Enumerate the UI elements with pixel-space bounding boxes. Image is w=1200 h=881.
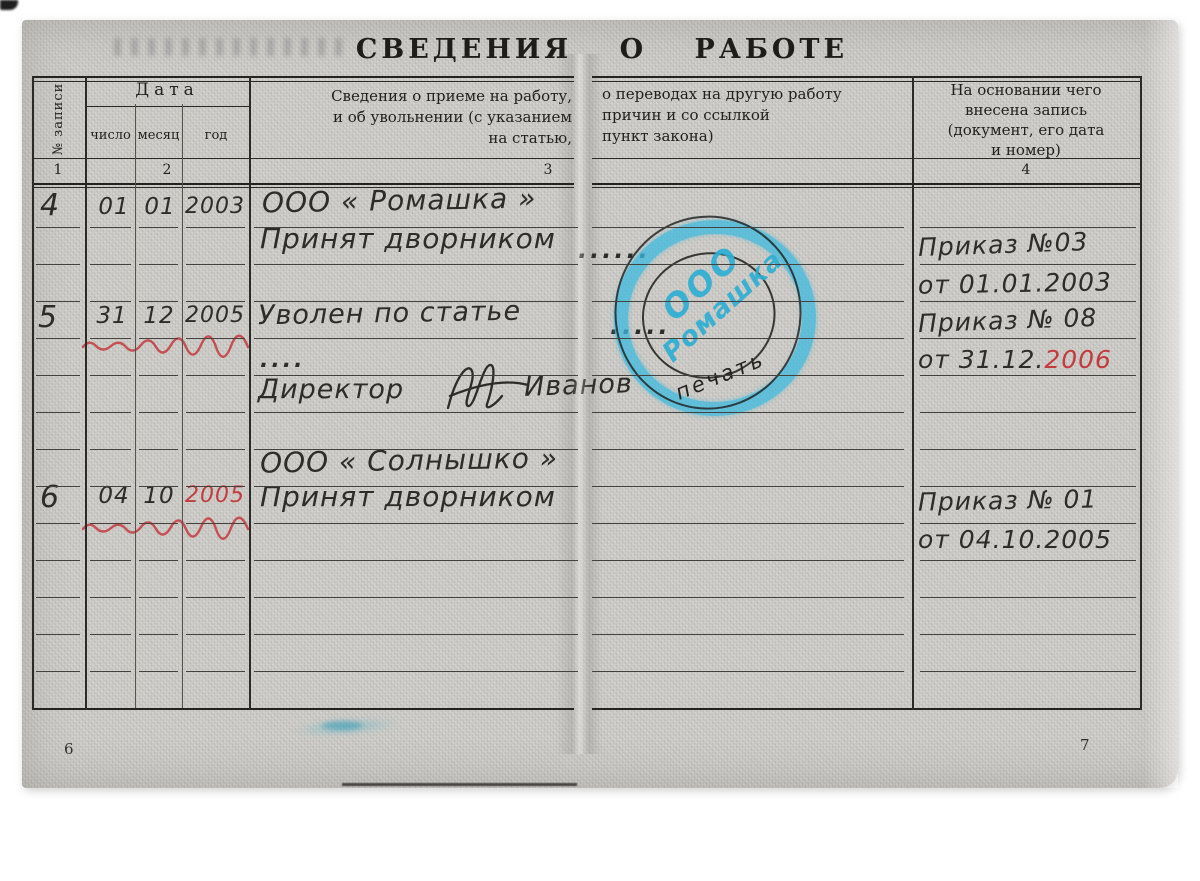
ruled-line: [139, 634, 178, 635]
ruled-line: [139, 523, 178, 524]
ruled-line: [36, 486, 80, 487]
record5-signer-title: Директор: [258, 374, 404, 405]
ruled-line: [592, 708, 1140, 710]
ruled-line: [32, 76, 574, 78]
ruled-line: [90, 227, 131, 228]
ruled-line: [592, 183, 1140, 185]
ruled-line: [90, 634, 131, 635]
ruled-line: [254, 486, 578, 487]
ruled-line: [920, 338, 1136, 339]
scan-corner-artifact: [0, 0, 18, 10]
col3-header-right-page: о переводах на другую работу причин и со…: [602, 84, 902, 147]
ruled-line: [139, 560, 178, 561]
record6-order: Приказ № 01: [918, 484, 1098, 516]
center-fold: [556, 54, 602, 754]
ruled-line: [139, 301, 178, 302]
ruled-line: [36, 375, 80, 376]
ruled-line: [920, 486, 1136, 487]
ruled-line: [254, 338, 578, 339]
company-round-stamp: ООО Ромашка печать: [604, 209, 827, 426]
scanned-work-book-page: { "title": "СВЕДЕНИЯ О РАБОТЕ", "header"…: [0, 0, 1200, 881]
ruled-line: [36, 634, 80, 635]
ruled-line: [592, 227, 904, 228]
record4-year: 2003: [182, 194, 248, 219]
ruled-line: [254, 227, 578, 228]
record4-order: Приказ №03: [918, 227, 1089, 262]
ruled-line: [186, 671, 245, 672]
ruled-line: [32, 81, 574, 82]
ruled-line: [186, 412, 245, 413]
ruled-line: [139, 227, 178, 228]
col-number-2: 2: [147, 162, 187, 178]
ruled-line: [139, 375, 178, 376]
ruled-line: [90, 486, 131, 487]
ruled-line: [920, 227, 1136, 228]
col2-sub-year: год: [186, 128, 246, 143]
ruled-line: [254, 449, 578, 450]
ruled-line: [254, 375, 578, 376]
ruled-line: [592, 560, 904, 561]
ruled-line: [592, 158, 1140, 159]
ruled-line: [90, 449, 131, 450]
ruled-line: [592, 301, 904, 302]
ruled-line: [592, 671, 904, 672]
left-page-number: 6: [64, 740, 74, 758]
ruled-line: [920, 523, 1136, 524]
ruled-line: [254, 560, 578, 561]
record-number: 5: [38, 300, 58, 335]
record5-day: 31: [90, 303, 134, 329]
ruled-line: [592, 81, 1140, 82]
right-page-number: 7: [1080, 736, 1090, 754]
ruled-line: [32, 183, 574, 185]
ruled-line: [139, 412, 178, 413]
record-number: 4: [40, 188, 60, 223]
director-signature: [440, 358, 532, 420]
workbook-scan: СВЕДЕНИЯ О РАБОТЕ № записи Дата число ме…: [22, 20, 1178, 788]
ruled-line: [254, 634, 578, 635]
record4-day: 01: [94, 194, 134, 220]
col2-header-date: Дата: [85, 80, 249, 101]
ruled-line: [186, 523, 245, 524]
ink-smudge: [322, 721, 362, 730]
ruled-line: [90, 597, 131, 598]
ruled-line: [920, 449, 1136, 450]
ruled-line: [36, 597, 80, 598]
ruled-line: [592, 187, 1140, 188]
ruled-line: [592, 597, 904, 598]
record5-month: 12: [138, 303, 180, 329]
ruled-line: [592, 486, 904, 487]
corrected-year-red: 2006: [1044, 345, 1112, 374]
record5-year: 2005: [182, 303, 248, 328]
ruled-line: [90, 560, 131, 561]
table-border-line: [182, 104, 183, 708]
ruled-line: [920, 412, 1136, 413]
table-border-line: [32, 76, 34, 710]
record4-order-date: от 01.01.2003: [918, 267, 1112, 299]
ruled-line: [90, 412, 131, 413]
ruled-line: [139, 449, 178, 450]
ruled-line: [186, 634, 245, 635]
ruled-line: [592, 76, 1140, 78]
col-number-4: 4: [1006, 162, 1046, 178]
ruled-line: [592, 523, 904, 524]
ruled-line: [85, 106, 249, 107]
record4-month: 01: [140, 194, 180, 220]
ruled-line: [254, 264, 578, 265]
ruled-line: [920, 301, 1136, 302]
ruled-line: [592, 375, 904, 376]
record6-position: Принят дворником: [260, 480, 556, 513]
ruled-line: [36, 301, 80, 302]
ruled-line: [90, 264, 131, 265]
ruled-line: [592, 412, 904, 413]
ruled-line: [254, 597, 578, 598]
scan-edge-streak: [342, 783, 577, 786]
ruled-line: [186, 301, 245, 302]
ruled-line: [36, 671, 80, 672]
col2-sub-day: число: [88, 128, 133, 143]
ruled-line: [592, 264, 904, 265]
table-border-line: [85, 76, 87, 710]
ruled-line: [592, 634, 904, 635]
ruled-line: [139, 597, 178, 598]
ruled-line: [254, 523, 578, 524]
ruled-line: [36, 523, 80, 524]
ruled-line: [186, 264, 245, 265]
ruled-line: [186, 375, 245, 376]
ruled-line: [186, 449, 245, 450]
ruled-line: [920, 560, 1136, 561]
ruled-line: [920, 671, 1136, 672]
ruled-line: [920, 597, 1136, 598]
ruled-line: [36, 412, 80, 413]
ruled-line: [32, 158, 574, 159]
ruled-line: [186, 486, 245, 487]
ruled-line: [592, 338, 904, 339]
col-number-1: 1: [38, 162, 78, 178]
ruled-line: [920, 375, 1136, 376]
ruled-line: [90, 523, 131, 524]
ruled-line: [32, 708, 574, 710]
table-border-line: [249, 76, 251, 710]
record6-order-date: от 04.10.2005: [918, 525, 1112, 554]
ruled-line: [920, 634, 1136, 635]
table-border-line: [912, 76, 914, 710]
ruled-line: [90, 338, 131, 339]
ruled-line: [592, 449, 904, 450]
red-wavy-underline: [80, 519, 255, 535]
faded-print-smudge: [114, 38, 346, 56]
ruled-line: [36, 449, 80, 450]
record6-org: ООО « Солнышко »: [260, 441, 559, 479]
ruled-line: [36, 264, 80, 265]
record5-order-date: от 31.12.2006: [918, 345, 1112, 374]
ruled-line: [186, 227, 245, 228]
ruled-line: [90, 301, 131, 302]
table-border-line: [135, 104, 136, 708]
table-border-line: [1140, 76, 1142, 710]
ruled-line: [90, 375, 131, 376]
ruled-line: [139, 264, 178, 265]
ruled-line: [32, 187, 574, 188]
ruled-line: [36, 560, 80, 561]
ruled-line: [186, 560, 245, 561]
ruled-line: [254, 671, 578, 672]
red-wavy-underline: [80, 337, 255, 353]
record5-filler-dots2: ....: [260, 348, 305, 373]
col2-sub-month: месяц: [136, 128, 181, 143]
ruled-line: [920, 264, 1136, 265]
col3-header-left-page: Сведения о приеме на работу, и об увольн…: [254, 86, 572, 149]
ruled-line: [186, 597, 245, 598]
ruled-line: [254, 301, 578, 302]
ruled-line: [90, 671, 131, 672]
ruled-line: [139, 338, 178, 339]
ruled-line: [139, 671, 178, 672]
ruled-line: [36, 227, 80, 228]
page-edge-highlight: [1144, 20, 1178, 788]
record5-order: Приказ № 08: [918, 303, 1098, 338]
ruled-line: [36, 338, 80, 339]
ruled-line: [186, 338, 245, 339]
col4-header: На основании чего внесена запись (докуме…: [914, 80, 1138, 160]
ruled-line: [254, 412, 578, 413]
ruled-line: [139, 486, 178, 487]
